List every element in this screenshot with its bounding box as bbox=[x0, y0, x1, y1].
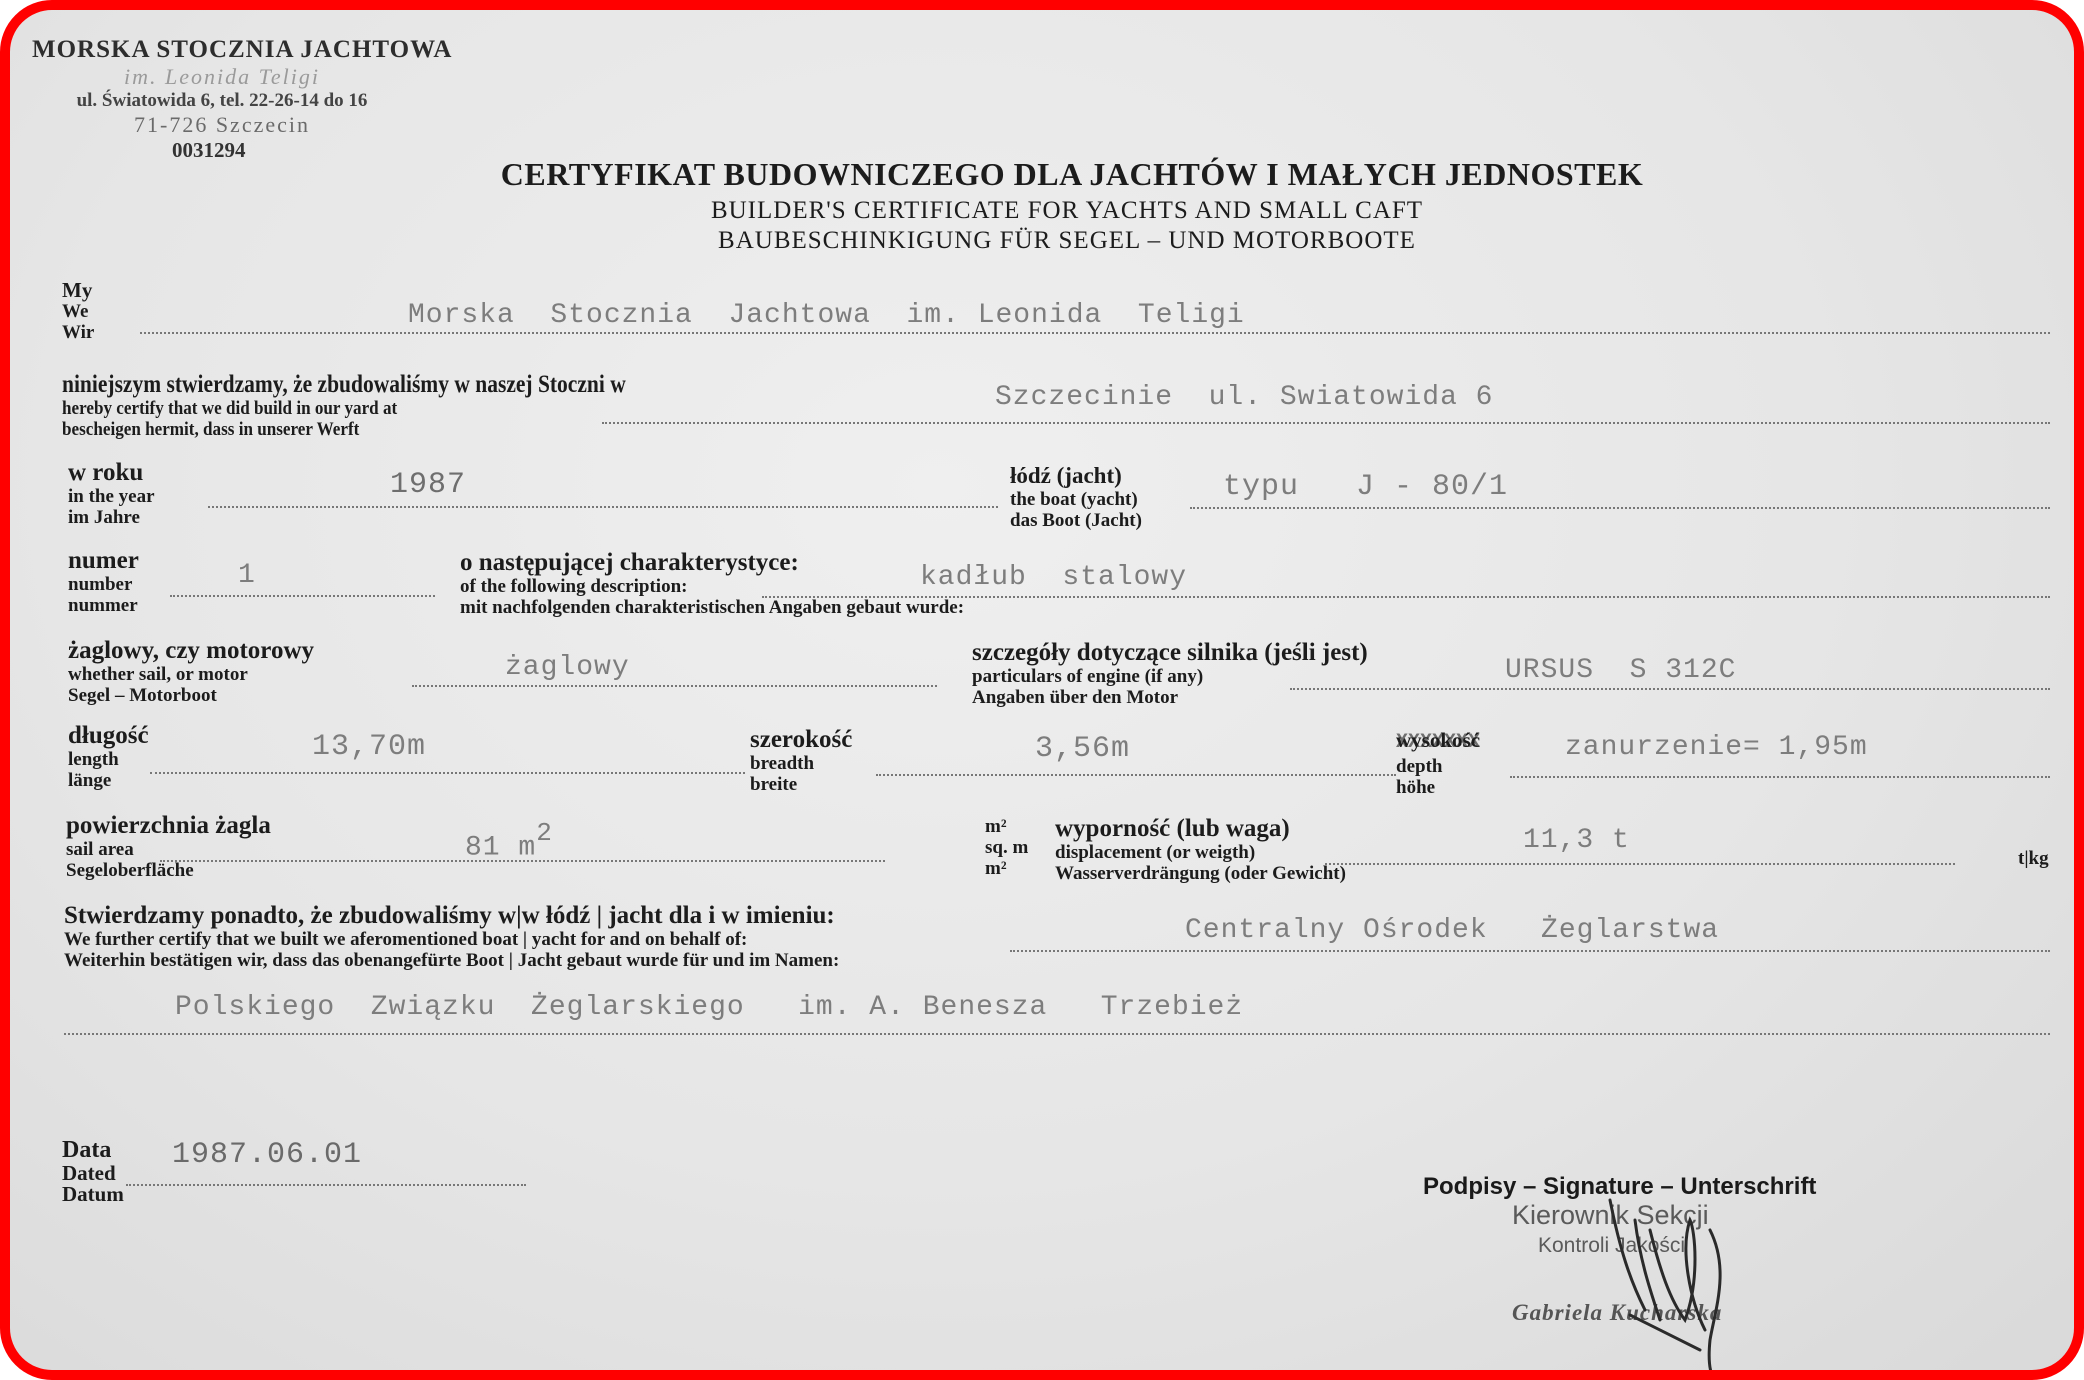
field-depth-labels: XXXXXXX wysokość depth höhe bbox=[1396, 730, 1442, 798]
field-behalf-value-2[interactable]: Polskiego Związku Żeglarskiego im. A. Be… bbox=[175, 992, 1243, 1023]
field-date-line bbox=[126, 1184, 526, 1186]
handwritten-signature-icon bbox=[1590, 1190, 1790, 1380]
field-behalf-line bbox=[1010, 950, 2050, 952]
field-date-labels: Data Dated Datum bbox=[62, 1137, 124, 1205]
field-displacement-value[interactable]: 11,3 t bbox=[1523, 825, 1630, 856]
field-sailmotor-labels: żaglowy, czy motorowy whether sail, or m… bbox=[68, 638, 314, 706]
stamp-company: MORSKA STOCZNIA JACHTOWA bbox=[32, 36, 412, 64]
field-engine-labels: szczegóły dotyczące silnika (jeśli jest)… bbox=[972, 640, 1368, 708]
shipyard-stamp: MORSKA STOCZNIA JACHTOWA im. Leonida Tel… bbox=[32, 36, 412, 163]
field-description-value[interactable]: kadłub stalowy bbox=[920, 562, 1187, 593]
field-sailarea-value[interactable]: 81 m2 bbox=[465, 822, 553, 863]
field-breadth-labels: szerokość breadth breite bbox=[750, 727, 852, 795]
field-year-labels: w roku in the year im Jahre bbox=[68, 460, 155, 528]
field-we-line bbox=[140, 332, 2050, 334]
field-breadth-value[interactable]: 3,56m bbox=[1035, 732, 1130, 766]
field-number-value[interactable]: 1 bbox=[238, 560, 256, 591]
stamp-patron: im. Leonida Teligi bbox=[32, 64, 412, 90]
field-depth-value[interactable]: zanurzenie= 1,95m bbox=[1565, 732, 1868, 763]
title-polish: CERTYFIKAT BUDOWNICZEGO DLA JACHTÓW I MA… bbox=[10, 156, 2074, 193]
field-length-value[interactable]: 13,70m bbox=[312, 730, 426, 764]
field-date-value[interactable]: 1987.06.01 bbox=[172, 1138, 362, 1172]
field-yard-line bbox=[602, 422, 2050, 424]
field-yard-value[interactable]: Szczecinie ul. Swiatowida 6 bbox=[995, 382, 1493, 413]
field-behalf-line-2 bbox=[64, 1033, 2050, 1035]
field-engine-line bbox=[1290, 688, 2050, 690]
title-english: BUILDER'S CERTIFICATE FOR YACHTS AND SMA… bbox=[10, 197, 2074, 225]
field-boat-line bbox=[1190, 507, 2050, 509]
field-sailmotor-value[interactable]: żaglowy bbox=[505, 652, 630, 683]
field-we-value[interactable]: Morska Stocznia Jachtowa im. Leonida Tel… bbox=[408, 300, 1245, 331]
stamp-city: 71-726 Szczecin bbox=[32, 112, 412, 138]
field-we-labels: My We Wir bbox=[62, 280, 94, 343]
field-boat-labels: łódź (jacht) the boat (yacht) das Boot (… bbox=[1010, 463, 1142, 531]
certificate-document: MORSKA STOCZNIA JACHTOWA im. Leonida Tel… bbox=[0, 0, 2084, 1380]
field-behalf-labels: Stwierdzamy ponadto, że zbudowaliśmy w|w… bbox=[64, 903, 839, 971]
field-behalf-value-1[interactable]: Centralny Ośrodek Żeglarstwa bbox=[1185, 915, 1719, 946]
field-length-line bbox=[150, 772, 745, 774]
field-sailmotor-line bbox=[412, 685, 937, 687]
field-yard-labels: niniejszym stwierdzamy, że zbudowaliśmy … bbox=[62, 372, 718, 440]
title-block: CERTYFIKAT BUDOWNICZEGO DLA JACHTÓW I MA… bbox=[10, 156, 2074, 255]
field-description-line bbox=[762, 596, 2050, 598]
displacement-unit: t|kg bbox=[2018, 848, 2049, 869]
stamp-address: ul. Światowida 6, tel. 22-26-14 do 16 bbox=[32, 90, 412, 112]
field-boat-value[interactable]: typu J - 80/1 bbox=[1223, 470, 1508, 504]
field-number-line bbox=[170, 595, 435, 597]
field-year-line bbox=[208, 506, 998, 508]
field-length-labels: długość length länge bbox=[68, 723, 149, 791]
title-german: BAUBESCHINKIGUNG FÜR SEGEL – UND MOTORBO… bbox=[10, 227, 2074, 255]
field-year-value[interactable]: 1987 bbox=[390, 468, 466, 502]
field-breadth-line bbox=[876, 774, 1396, 776]
field-displacement-line bbox=[1325, 863, 1955, 865]
field-description-labels: o następującej charakterystyce: of the f… bbox=[460, 550, 964, 618]
field-number-labels: numer number nummer bbox=[68, 548, 139, 616]
field-displacement-labels: wyporność (lub waga) displacement (or we… bbox=[1055, 816, 1346, 884]
field-depth-line bbox=[1510, 776, 2050, 778]
field-engine-value[interactable]: URSUS S 312C bbox=[1505, 655, 1736, 686]
field-sailarea-labels: powierzchnia żagla sail area Segeloberfl… bbox=[66, 813, 271, 881]
field-sailarea-units: m² sq. m m² bbox=[985, 816, 1028, 879]
